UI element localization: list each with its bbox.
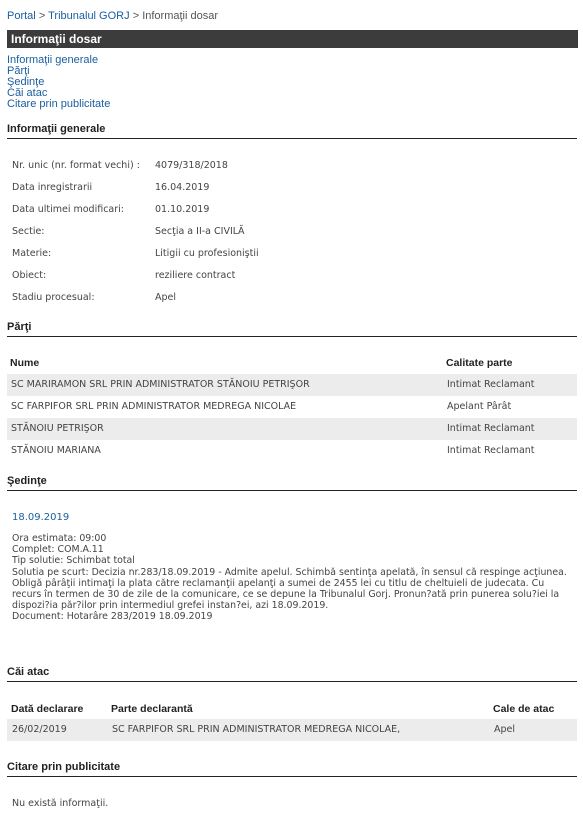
section-title: Căi atac xyxy=(7,666,49,678)
field-label: Data ultimei modificari: xyxy=(12,204,124,215)
section-title: Şedinţe xyxy=(7,475,47,487)
party-name: SC FARPIFOR SRL PRIN ADMINISTRATOR MEDRE… xyxy=(11,401,296,412)
table-row: 26/02/2019 SC FARPIFOR SRL PRIN ADMINIST… xyxy=(7,719,577,741)
party-role: Intimat Reclamant xyxy=(447,445,535,456)
hearing-time: Ora estimata: 09:00 xyxy=(12,533,572,544)
hearing-solution-summary: Solutia pe scurt: Decizia nr.283/18.09.2… xyxy=(12,567,572,612)
hearing-document: Document: Hotarâre 283/2019 18.09.2019 xyxy=(12,611,572,622)
declaration-date: 26/02/2019 xyxy=(12,724,67,735)
breadcrumb-portal[interactable]: Portal xyxy=(7,10,36,22)
breadcrumb-tribunal[interactable]: Tribunalul GORJ xyxy=(48,10,130,22)
field-value: reziliere contract xyxy=(155,270,235,281)
field-label: Obiect: xyxy=(12,270,46,281)
field-value: Apel xyxy=(155,292,176,303)
table-row: SC MARIRAMON SRL PRIN ADMINISTRATOR STĂN… xyxy=(7,374,577,396)
party-name: STĂNOIU MARIANA xyxy=(11,445,101,456)
hearing-date: 18.09.2019 xyxy=(12,512,69,523)
column-header-cale-atac: Cale de atac xyxy=(493,703,554,715)
column-header-nume: Nume xyxy=(10,357,39,369)
section-title: Părţi xyxy=(7,321,31,333)
section-heading-parti: Părţi xyxy=(7,320,577,337)
field-label: Sectie: xyxy=(12,226,45,237)
breadcrumb-separator: > xyxy=(133,10,139,22)
empty-state-text: Nu există informaţii. xyxy=(12,798,108,809)
breadcrumb-separator: > xyxy=(39,10,45,22)
breadcrumb-current: Informaţii dosar xyxy=(142,10,218,22)
section-heading-sedinte: Şedinţe xyxy=(7,474,577,491)
page-title: Informaţii dosar xyxy=(11,32,102,46)
column-header-data-declarare: Dată declarare xyxy=(11,703,83,715)
field-label: Stadiu procesual: xyxy=(12,292,95,303)
declaring-party: SC FARPIFOR SRL PRIN ADMINISTRATOR MEDRE… xyxy=(112,724,400,735)
field-value: 16.04.2019 xyxy=(155,182,209,193)
section-title: Informaţii generale xyxy=(7,123,105,135)
page-title-bar: Informaţii dosar xyxy=(7,30,578,48)
field-value: 01.10.2019 xyxy=(155,204,209,215)
breadcrumb: Portal > Tribunalul GORJ > Informaţii do… xyxy=(7,10,218,22)
nav-link-citare[interactable]: Citare prin publicitate xyxy=(7,99,110,110)
section-heading-general: Informaţii generale xyxy=(7,122,577,139)
hearing-panel: Complet: COM.A.11 xyxy=(12,544,572,555)
section-heading-cai-atac: Căi atac xyxy=(7,665,577,682)
hearing-details: Ora estimata: 09:00 Complet: COM.A.11 Ti… xyxy=(12,533,572,623)
section-heading-citare: Citare prin publicitate xyxy=(7,760,577,777)
hearing-solution-type: Tip solutie: Schimbat total xyxy=(12,555,572,566)
column-header-calitate: Calitate parte xyxy=(446,357,513,369)
field-value: Litigii cu profesioniştii xyxy=(155,248,259,259)
field-label: Materie: xyxy=(12,248,51,259)
field-label: Nr. unic (nr. format vechi) : xyxy=(12,160,140,171)
column-header-parte-declaranta: Parte declarantă xyxy=(111,703,193,715)
party-role: Apelant Pârât xyxy=(447,401,511,412)
section-nav: Informaţii generale Părţi Şedinţe Căi at… xyxy=(7,55,110,110)
table-row: SC FARPIFOR SRL PRIN ADMINISTRATOR MEDRE… xyxy=(7,396,577,418)
party-role: Intimat Reclamant xyxy=(447,379,535,390)
table-row: STĂNOIU PETRIŞOR Intimat Reclamant xyxy=(7,418,577,440)
party-role: Intimat Reclamant xyxy=(447,423,535,434)
section-title: Citare prin publicitate xyxy=(7,761,120,773)
field-label: Data inregistrarii xyxy=(12,182,92,193)
party-name: SC MARIRAMON SRL PRIN ADMINISTRATOR STĂN… xyxy=(11,379,310,390)
field-value: 4079/318/2018 xyxy=(155,160,228,171)
table-row: STĂNOIU MARIANA Intimat Reclamant xyxy=(7,440,577,462)
appeal-type: Apel xyxy=(494,724,515,735)
party-name: STĂNOIU PETRIŞOR xyxy=(11,423,104,434)
field-value: Secţia a II-a CIVILĂ xyxy=(155,226,245,237)
